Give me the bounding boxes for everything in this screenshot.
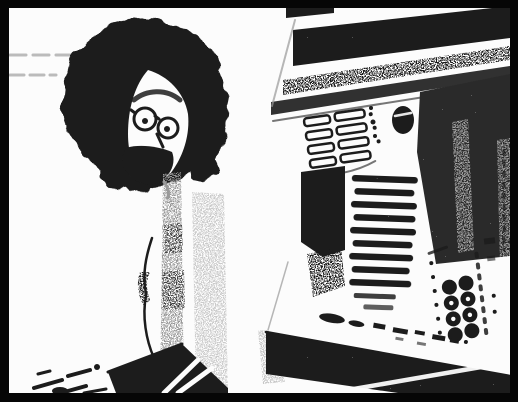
photo-art [9, 4, 510, 396]
newsprint-photo [0, 0, 518, 402]
newsprint-speckle-overlay [9, 8, 510, 393]
photo-canvas [0, 0, 518, 402]
